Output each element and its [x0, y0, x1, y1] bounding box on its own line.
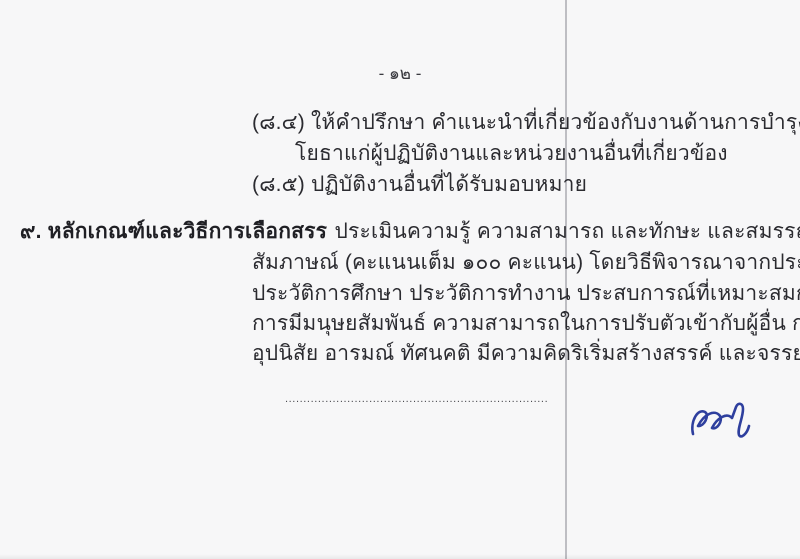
section-9-line-3: ประวัติการศึกษา ประวัติการทำงาน ประสบการ…: [252, 279, 800, 309]
section-9-heading: ๙. หลักเกณฑ์และวิธีการเลือกสรร: [20, 220, 327, 243]
item-8-4-line-1: (๘.๔) ให้คำปรึกษา คำแนะนำที่เกี่ยวข้องกั…: [252, 108, 800, 138]
section-9-first-line: ๙. หลักเกณฑ์และวิธีการเลือกสรรประเมินควา…: [20, 217, 800, 247]
section-9-line-2: สัมภาษณ์ (คะแนนเต็ม ๑๐๐ คะแนน) โดยวิธีพิ…: [252, 248, 800, 278]
section-9-lead-text: ประเมินความรู้ ความสามารถ และทักษะ และสม…: [327, 220, 800, 243]
section-9-line-5: อุปนิสัย อารมณ์ ทัศนคติ มีความคิดริเริ่ม…: [252, 339, 800, 369]
handwritten-initials-signature: [683, 396, 753, 444]
section-9-line-4: การมีมนุษยสัมพันธ์ ความสามารถในการปรับตั…: [252, 309, 800, 339]
dotted-fill-line: ........................................…: [285, 393, 560, 405]
initials-ink-stroke: [692, 404, 749, 437]
item-8-4-line-2: โยธาแก่ผู้ปฏิบัติงานและหน่วยงานอื่นที่เก…: [295, 139, 728, 169]
scanned-document-page: - ๑๒ - (๘.๔) ให้คำปรึกษา คำแนะนำที่เกี่ย…: [0, 0, 800, 559]
page-number: - ๑๒ -: [340, 60, 460, 87]
item-8-5-line: (๘.๕) ปฏิบัติงานอื่นที่ได้รับมอบหมาย: [252, 170, 587, 200]
